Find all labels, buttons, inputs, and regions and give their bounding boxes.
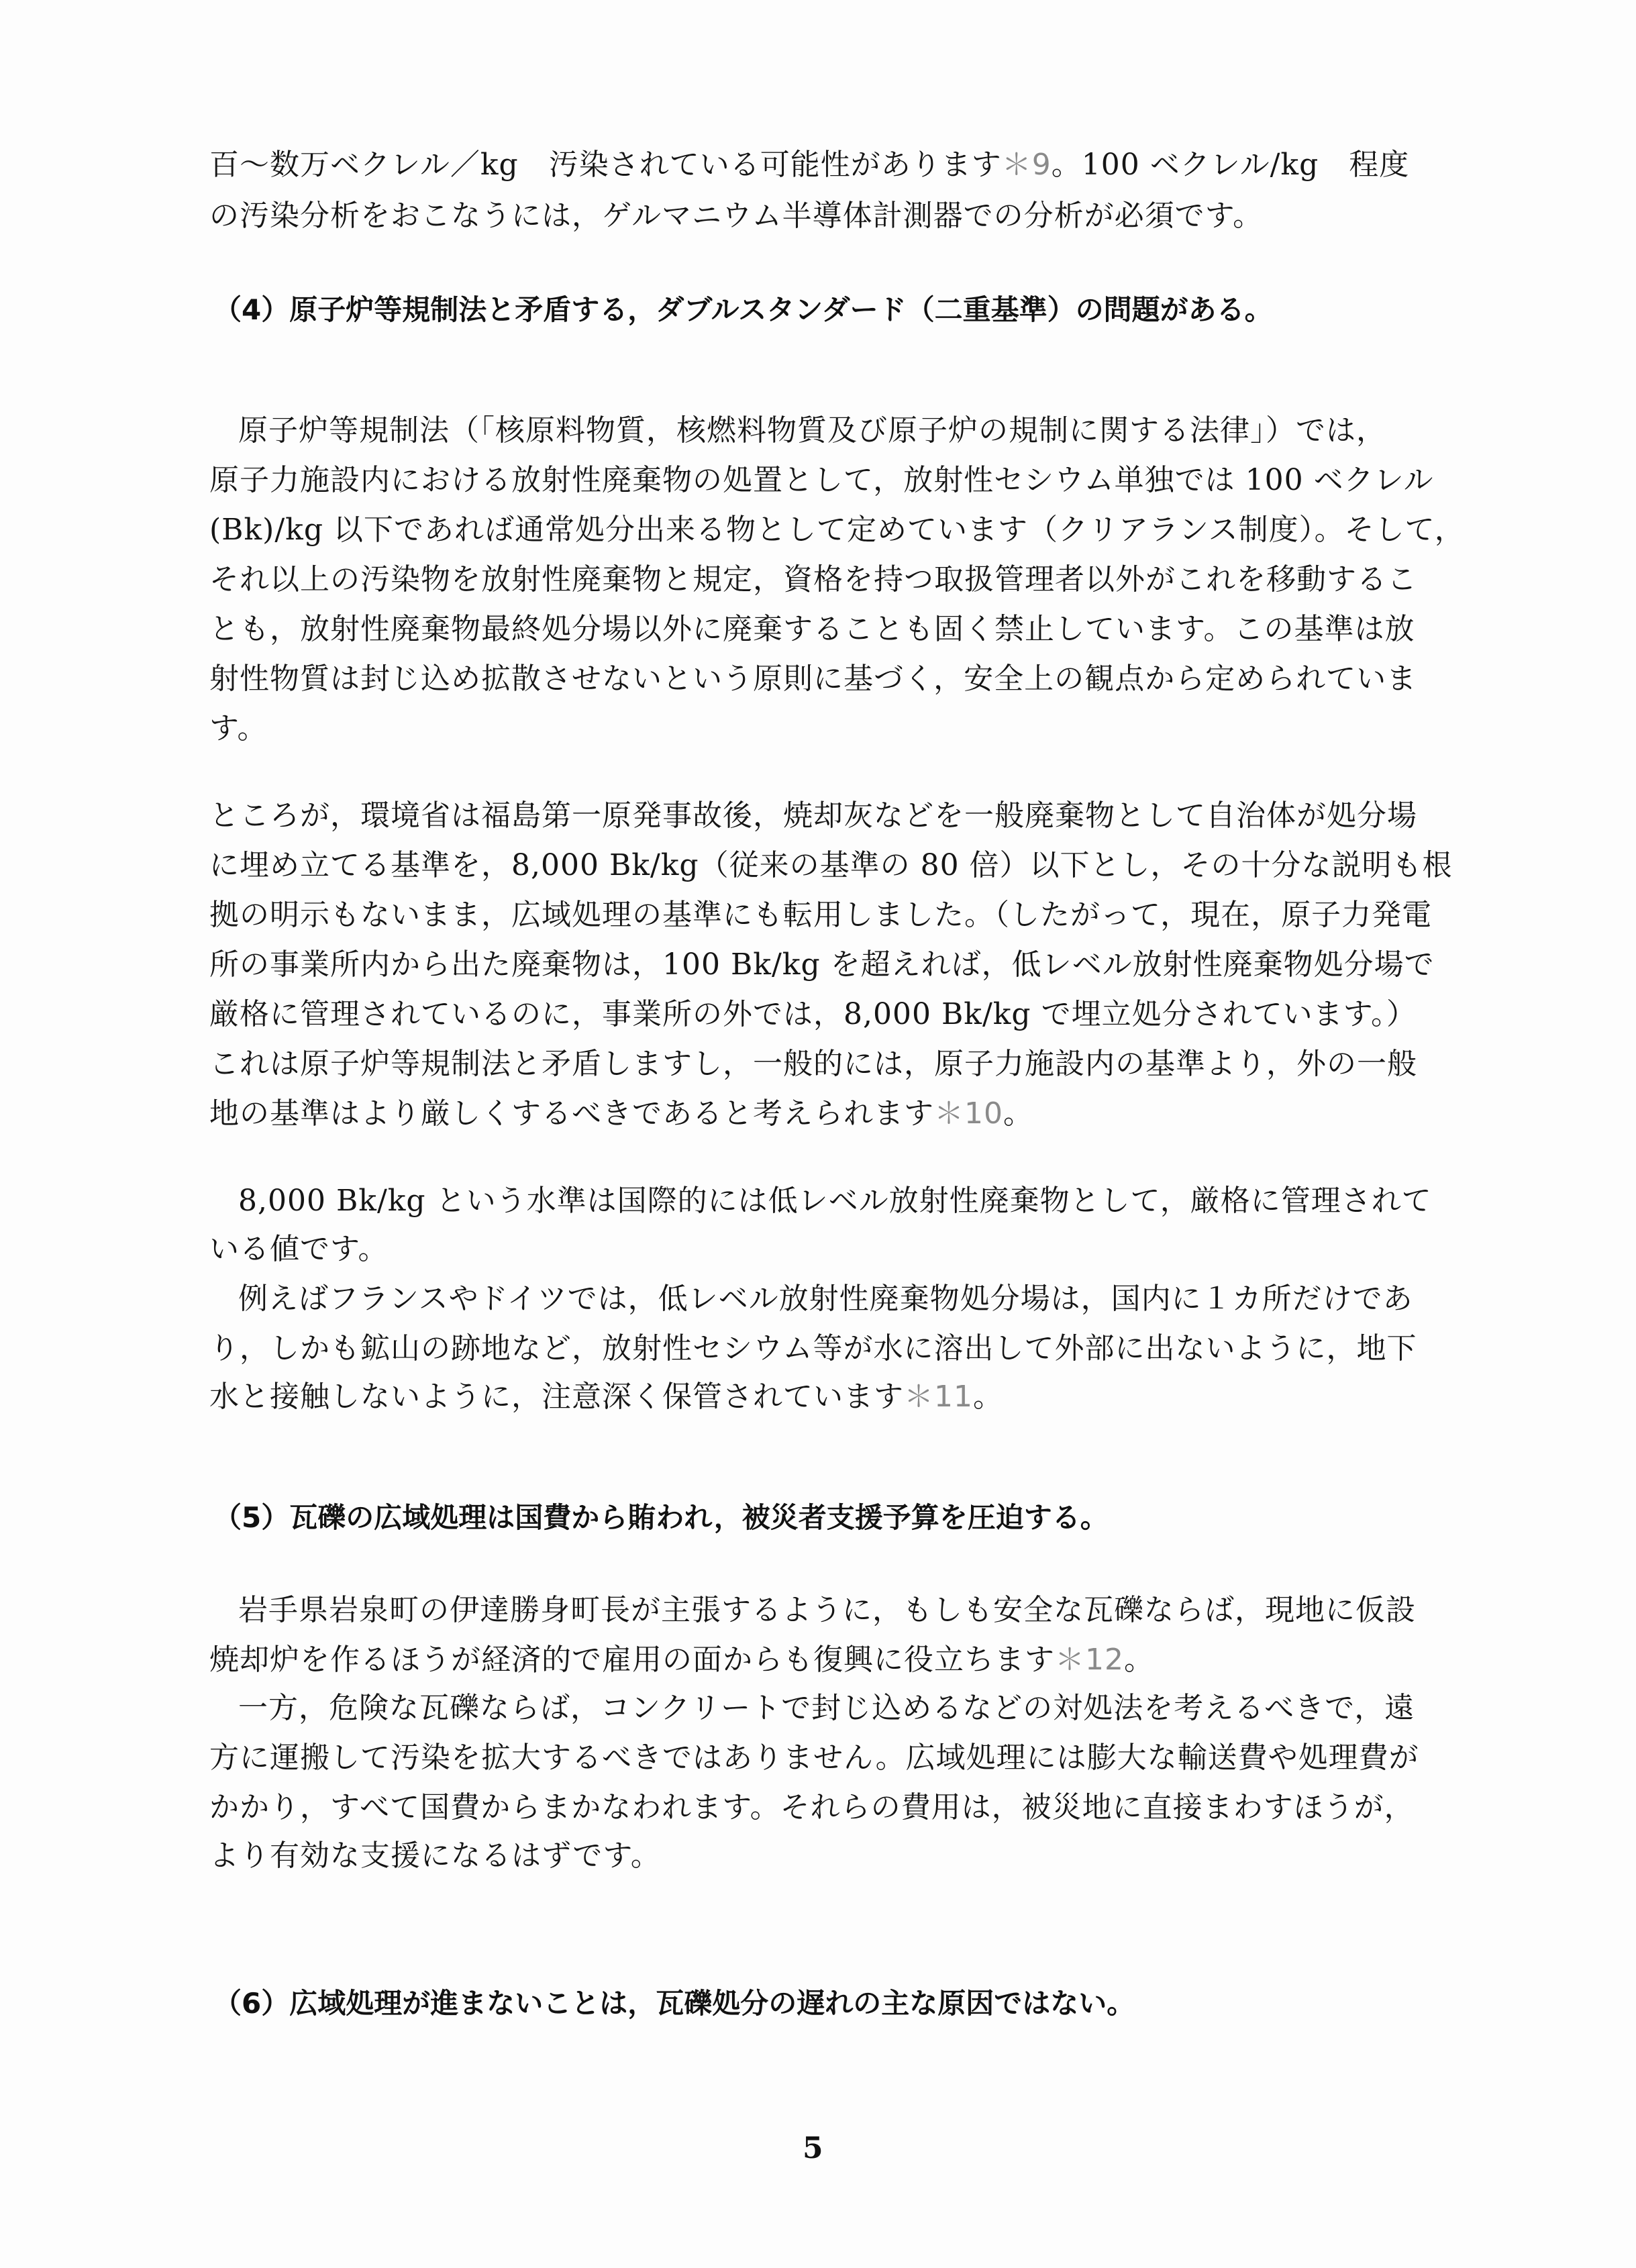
- s4-p1-line: 射性物質は封じ込め拡散させないという原則に基づく，安全上の観点から定められていま: [209, 659, 1424, 699]
- s5-line: 方に運搬して汚染を拡大するべきではありません。広域処理には膨大な輸送費や処理費が: [209, 1738, 1424, 1778]
- s4-p1-line: とも，放射性廃棄物最終処分場以外に廃棄することも固く禁止しています。この基準は放: [209, 609, 1424, 650]
- s4-p1-line: (Bk)/kg 以下であれば通常処分出来る物として定めています（クリアランス制度…: [209, 510, 1424, 550]
- s5-line: 一方，危険な瓦礫ならば，コンクリートで封じ込めるなどの対処法を考えるべきで，遠: [238, 1688, 1453, 1729]
- s4-p2-line: ところが，環境省は福島第一原発事故後，焼却灰などを一般廃棄物として自治体が処分場: [209, 796, 1424, 836]
- s4-p2-line: 拠の明示もないまま，広域処理の基準にも転用しました。（したがって，現在，原子力発…: [209, 895, 1424, 935]
- s4-p3-line: いる値です。: [209, 1229, 1424, 1270]
- text: 。: [1003, 1096, 1033, 1131]
- text: 。: [1124, 1643, 1154, 1677]
- text: 水と接触しないように，注意深く保管されています: [209, 1380, 904, 1414]
- footnote-marker[interactable]: ＊12: [1055, 1643, 1124, 1677]
- text: 地の基準はより厳しくするべきであると考えられます: [209, 1096, 934, 1131]
- s4-p3-line: 例えばフランスやドイツでは，低レベル放射性廃棄物処分場は，国内に１カ所だけであ: [238, 1279, 1453, 1319]
- s4-p2-line: 地の基準はより厳しくするべきであると考えられます＊10。: [209, 1094, 1424, 1134]
- s4-p1-line: 原子炉等規制法（「核原料物質，核燃料物質及び原子炉の規制に関する法律」）では，: [238, 411, 1453, 451]
- footnote-marker[interactable]: ＊9: [1002, 148, 1052, 182]
- document-page: 百〜数万ベクレル／kg 汚染されている可能性があります＊9。100 ベクレル/k…: [0, 0, 1636, 2268]
- s4-p1-line: す。: [209, 709, 1424, 749]
- s4-p3-line: 水と接触しないように，注意深く保管されています＊11。: [209, 1377, 1424, 1417]
- s4-p1-line: それ以上の汚染物を放射性廃棄物と規定，資格を持つ取扱管理者以外がこれを移動するこ: [209, 560, 1424, 600]
- intro-line-2: の汚染分析をおこなうには，ゲルマニウム半導体計測器での分析が必須です。: [209, 196, 1424, 236]
- footnote-marker[interactable]: ＊11: [904, 1380, 973, 1414]
- s4-p3-line: り，しかも鉱山の跡地など，放射性セシウム等が水に溶出して外部に出ないように，地下: [209, 1329, 1424, 1369]
- s5-line: 岩手県岩泉町の伊達勝身町長が主張するように，もしも安全な瓦礫ならば，現地に仮設: [238, 1590, 1453, 1631]
- section-4-heading: （4）原子炉等規制法と矛盾する，ダブルスタンダード（二重基準）の問題がある。: [213, 290, 1273, 330]
- text: 百〜数万ベクレル／kg 汚染されている可能性があります: [209, 148, 1002, 182]
- text: 。100 ベクレル/kg 程度: [1052, 148, 1410, 182]
- page-number: 5: [803, 2131, 823, 2165]
- intro-line-1: 百〜数万ベクレル／kg 汚染されている可能性があります＊9。100 ベクレル/k…: [209, 145, 1424, 185]
- s5-line: より有効な支援になるはずです。: [209, 1836, 1424, 1876]
- s5-line: かかり，すべて国費からまかなわれます。それらの費用は，被災地に直接まわすほうが，: [209, 1788, 1424, 1828]
- text: 。: [973, 1380, 1003, 1414]
- s4-p2-line: これは原子炉等規制法と矛盾しますし，一般的には，原子力施設内の基準より，外の一般: [209, 1044, 1424, 1084]
- text: 焼却炉を作るほうが経済的で雇用の面からも復興に役立ちます: [209, 1643, 1055, 1677]
- section-5-heading: （5）瓦礫の広域処理は国費から賄われ，被災者支援予算を圧迫する。: [213, 1498, 1109, 1538]
- s4-p2-line: 厳格に管理されているのに，事業所の外では，8,000 Bk/kg で埋立処分され…: [209, 994, 1424, 1035]
- s4-p3-line: 8,000 Bk/kg という水準は国際的には低レベル放射性廃棄物として，厳格に…: [238, 1181, 1453, 1221]
- s4-p1-line: 原子力施設内における放射性廃棄物の処置として，放射性セシウム単独では 100 ベ…: [209, 460, 1424, 501]
- s4-p2-line: に埋め立てる基準を，8,000 Bk/kg（従来の基準の 80 倍）以下とし，そ…: [209, 845, 1424, 886]
- s5-line: 焼却炉を作るほうが経済的で雇用の面からも復興に役立ちます＊12。: [209, 1640, 1424, 1680]
- section-6-heading: （6）広域処理が進まないことは，瓦礫処分の遅れの主な原因ではない。: [213, 1983, 1135, 2024]
- footnote-marker[interactable]: ＊10: [934, 1096, 1003, 1131]
- s4-p2-line: 所の事業所内から出た廃棄物は，100 Bk/kg を超えれば，低レベル放射性廃棄…: [209, 945, 1424, 985]
